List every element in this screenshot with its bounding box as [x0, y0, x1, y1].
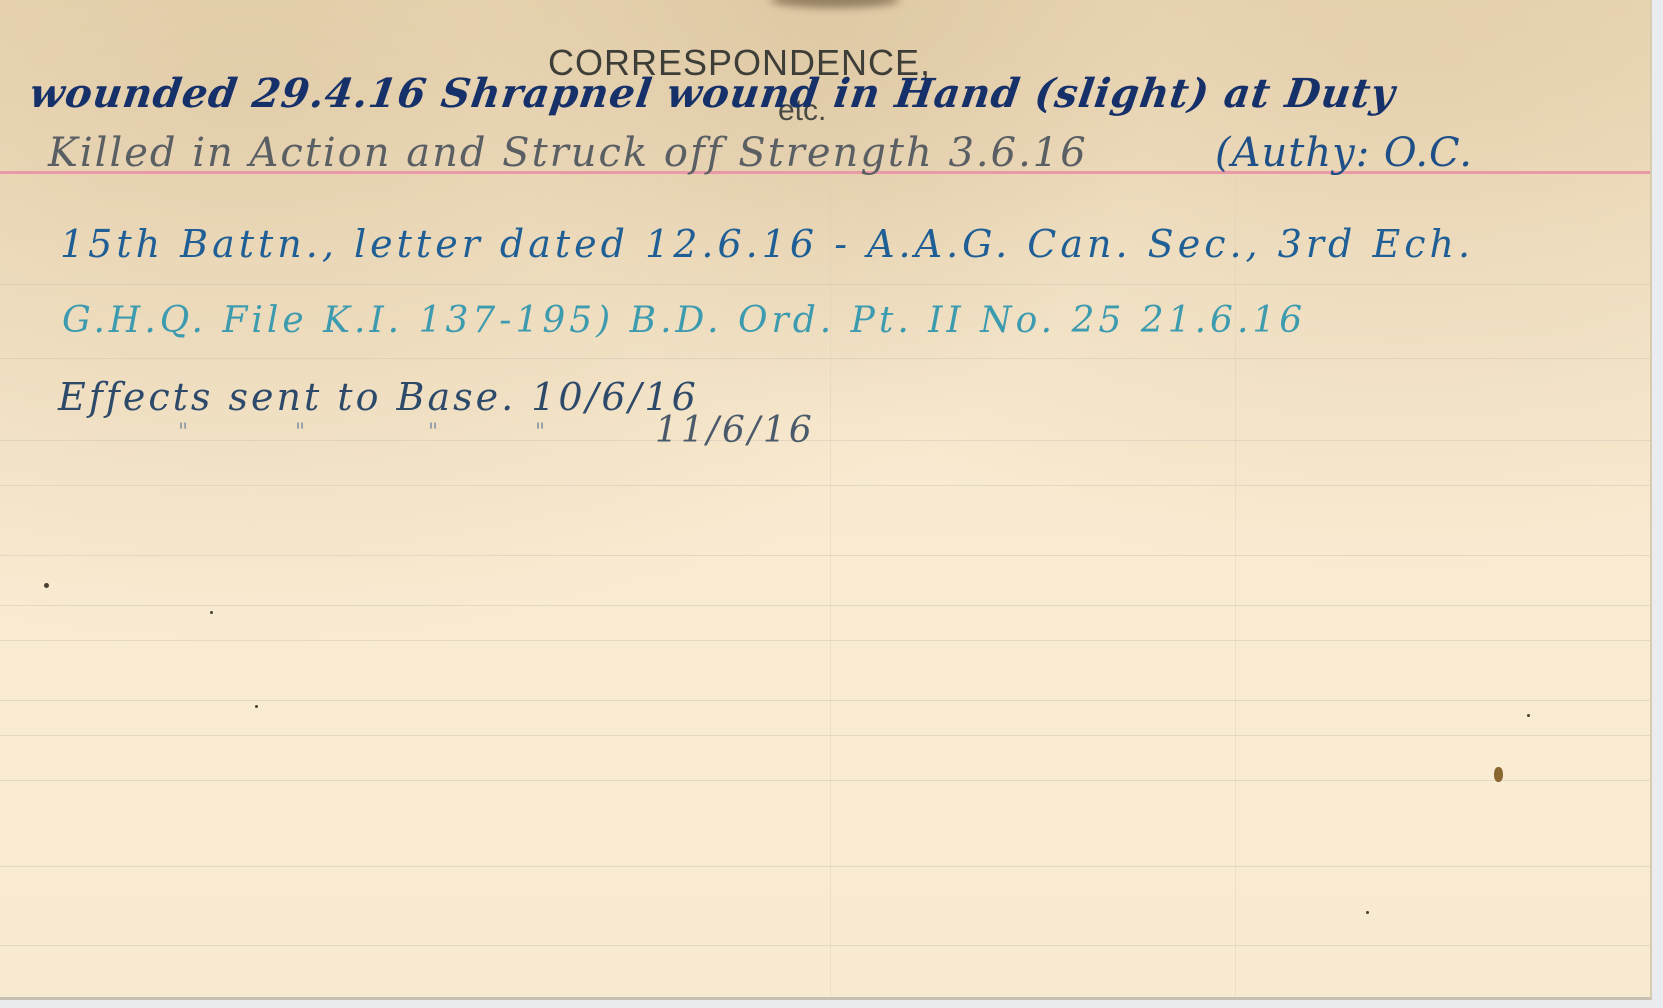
entry-killed-in-action: Killed in Action and Struck off Strength…: [48, 130, 1088, 176]
top-smudge: [770, 0, 900, 8]
service-record-card: CORRESPONDENCE, etc. wounded 29.4.16 Shr…: [0, 0, 1652, 1000]
entry-authority: (Authy: O.C.: [1215, 130, 1473, 176]
entry-effects-ditto-date: 11/6/16: [655, 410, 815, 451]
ruled-line: [0, 605, 1650, 606]
ditto-mark: ": [295, 420, 305, 445]
paper-speck: [210, 611, 213, 614]
ruled-line: [0, 700, 1650, 701]
ruled-line: [0, 945, 1650, 946]
ruled-line: [0, 284, 1650, 285]
ruled-line: [0, 440, 1650, 441]
ditto-mark: ": [178, 420, 188, 445]
paper-speck: [1527, 714, 1530, 717]
ditto-mark: ": [535, 420, 545, 445]
entry-ghq-file: G.H.Q. File K.I. 137-195) B.D. Ord. Pt. …: [62, 300, 1306, 341]
ruled-line: [0, 866, 1650, 867]
entry-effects-sent: Effects sent to Base. 10/6/16: [58, 375, 699, 419]
ruled-line: [0, 555, 1650, 556]
entry-wounded: wounded 29.4.16 Shrapnel wound in Hand (…: [27, 70, 1399, 117]
paper-speck: [255, 705, 258, 708]
rust-stain: [1494, 767, 1503, 782]
ruled-line: [0, 735, 1650, 736]
ruled-line: [0, 485, 1650, 486]
ruled-line: [0, 358, 1650, 359]
ruled-line: [0, 640, 1650, 641]
paper-speck: [1366, 911, 1369, 914]
ruled-line: [0, 780, 1650, 781]
paper-speck: [44, 583, 49, 588]
ditto-mark: ": [428, 420, 438, 445]
entry-battalion-letter: 15th Battn., letter dated 12.6.16 - A.A.…: [60, 222, 1474, 266]
